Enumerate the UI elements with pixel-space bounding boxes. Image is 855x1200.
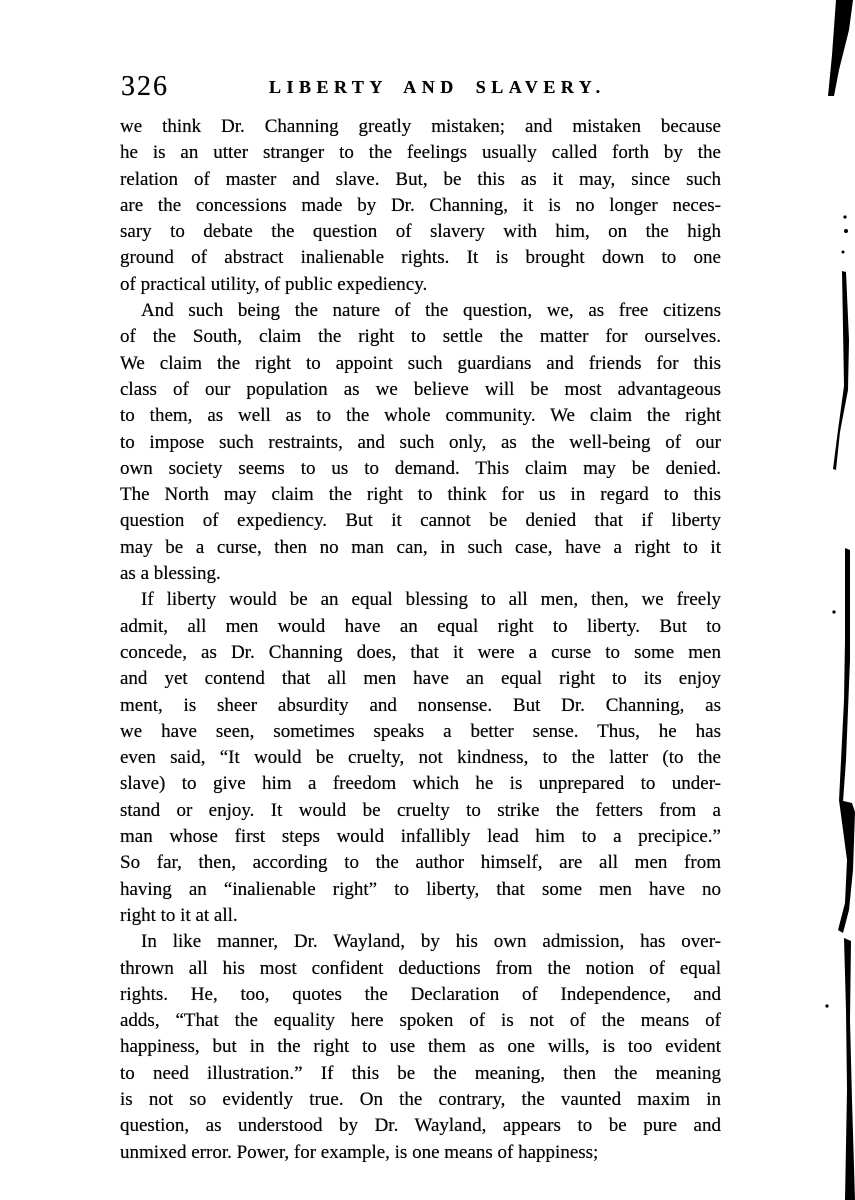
text-line: and yet contend that all men have an equ… <box>120 666 721 692</box>
text-line: we have seen, sometimes speaks a better … <box>120 719 721 745</box>
text-line: unmixed error. Power, for example, is on… <box>120 1140 721 1166</box>
page-number: 326 <box>121 71 169 103</box>
text-line: man whose first steps would infallibly l… <box>120 824 721 850</box>
text-line: right to it at all. <box>120 903 721 929</box>
scan-artifact-streak <box>839 548 850 802</box>
text-line: of the South, claim the right to settle … <box>120 324 721 350</box>
text-line: own society seems to us to demand. This … <box>120 456 721 482</box>
scan-artifact-streak <box>833 271 849 470</box>
text-line: adds, “That the equality here spoken of … <box>120 1008 721 1034</box>
text-line: to need illustration.” If this be the me… <box>120 1061 721 1087</box>
text-line: We claim the right to appoint such guard… <box>120 351 721 377</box>
text-line: slave) to give him a freedom which he is… <box>120 771 721 797</box>
scan-artifact-dot <box>842 251 845 254</box>
text-line: rights. He, too, quotes the Declaration … <box>120 982 721 1008</box>
text-line: having an “inalienable right” to liberty… <box>120 877 721 903</box>
text-line: of practical utility, of public expedien… <box>120 272 721 298</box>
text-line: question, as understood by Dr. Wayland, … <box>120 1113 721 1139</box>
text-line: to them, as well as to the whole communi… <box>120 403 721 429</box>
text-line: may be a curse, then no man can, in such… <box>120 535 721 561</box>
scan-artifact-dot <box>832 610 835 613</box>
text-line: happiness, but in the right to use them … <box>120 1034 721 1060</box>
text-line: admit, all men would have an equal right… <box>120 614 721 640</box>
text-line: as a blessing. <box>120 561 721 587</box>
text-line: we think Dr. Channing greatly mistaken; … <box>120 114 721 140</box>
text-line: So far, then, according to the author hi… <box>120 850 721 876</box>
book-page: 326 LIBERTY AND SLAVERY. we think Dr. Ch… <box>0 0 855 1200</box>
text-line: to impose such restraints, and such only… <box>120 430 721 456</box>
text-line: The North may claim the right to think f… <box>120 482 721 508</box>
paragraph: If liberty would be an equal blessing to… <box>120 587 721 929</box>
text-line: And such being the nature of the questio… <box>120 298 721 324</box>
text-line: ground of abstract inalienable rights. I… <box>120 245 721 271</box>
running-title: LIBERTY AND SLAVERY. <box>269 77 606 98</box>
text-line: are the concessions made by Dr. Channing… <box>120 193 721 219</box>
text-block: we think Dr. Channing greatly mistaken; … <box>120 114 721 1166</box>
text-line: he is an utter stranger to the feelings … <box>120 140 721 166</box>
text-line: stand or enjoy. It would be cruelty to s… <box>120 798 721 824</box>
text-line: ment, is sheer absurdity and nonsense. B… <box>120 693 721 719</box>
text-line: class of our population as we believe wi… <box>120 377 721 403</box>
text-line: even said, “It would be cruelty, not kin… <box>120 745 721 771</box>
text-line: If liberty would be an equal blessing to… <box>120 587 721 613</box>
text-line: thrown all his most confident deductions… <box>120 956 721 982</box>
text-line: question of expediency. But it cannot be… <box>120 508 721 534</box>
text-line: is not so evidently true. On the contrar… <box>120 1087 721 1113</box>
text-line: relation of master and slave. But, be th… <box>120 167 721 193</box>
paragraph: we think Dr. Channing greatly mistaken; … <box>120 114 721 298</box>
text-line: sary to debate the question of slavery w… <box>120 219 721 245</box>
paragraph: In like manner, Dr. Wayland, by his own … <box>120 929 721 1166</box>
paragraph: And such being the nature of the questio… <box>120 298 721 587</box>
text-line: concede, as Dr. Channing does, that it w… <box>120 640 721 666</box>
scan-artifact-streak <box>844 938 855 1200</box>
scan-artifact-dot <box>825 1004 828 1007</box>
scan-artifact-dot <box>843 215 846 218</box>
text-line: In like manner, Dr. Wayland, by his own … <box>120 929 721 955</box>
scan-artifact-dot <box>844 229 848 233</box>
scan-artifact-top-slash <box>828 0 853 96</box>
scan-artifact-blob <box>838 800 855 933</box>
